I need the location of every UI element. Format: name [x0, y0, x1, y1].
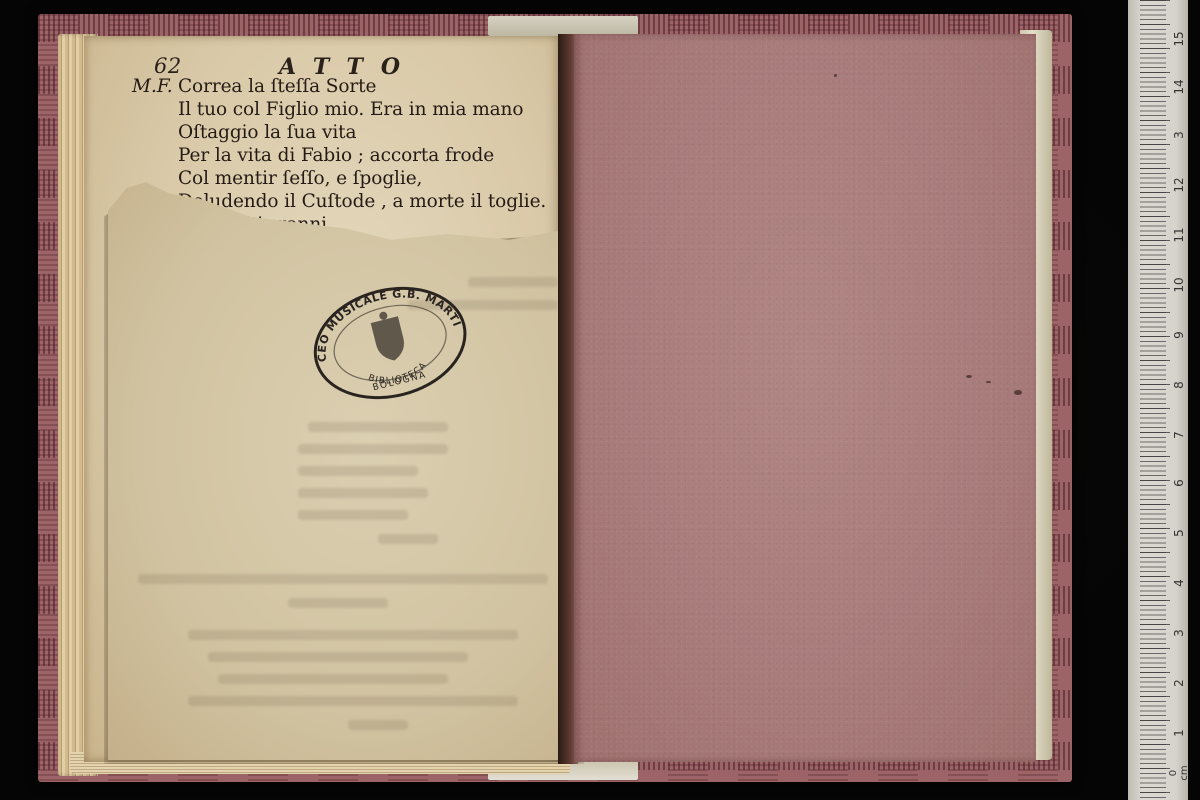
ruler-label: 15: [1172, 28, 1186, 50]
paper-texture: [574, 34, 1036, 762]
speaker-label: M.F.: [132, 76, 173, 97]
page-number: 62: [154, 54, 182, 78]
scale-ruler: 0 cm 1 2 3 4 5 6 7 8 9 10 11 12 3 14 15: [1128, 0, 1188, 800]
pink-endpaper: [574, 34, 1036, 762]
ink-spot: [1014, 390, 1022, 395]
ruler-label: 11: [1172, 224, 1186, 246]
ruler-label: 3: [1172, 622, 1186, 644]
ruler-label: 14: [1172, 76, 1186, 98]
ruler-label: 1: [1172, 722, 1186, 744]
verse-line: Correa la ſteſſa Sorte: [178, 76, 376, 99]
verse-line: Col mentir ſeſſo, e ſpoglie,: [178, 168, 422, 191]
ruler-label: 3: [1172, 124, 1186, 146]
ruler-label: 10: [1172, 274, 1186, 296]
ruler-label: 9: [1172, 324, 1186, 346]
ruler-label: 6: [1172, 472, 1186, 494]
show-through-text: [108, 182, 580, 760]
spine-tape-top: [488, 16, 638, 36]
ink-spot: [834, 74, 837, 77]
ruler-major-ticks: [1140, 0, 1170, 800]
verse-line: Deludendo il Cuſtode , a morte il toglie…: [178, 191, 546, 214]
ruler-label: 0 cm: [1168, 762, 1190, 784]
ink-spot: [966, 375, 972, 378]
verse-line: Per la vita di Fabio ; accorta frode: [178, 145, 494, 168]
coat-of-arms-icon: [369, 309, 408, 364]
ruler-label: 7: [1172, 424, 1186, 446]
ink-spot: [986, 381, 991, 383]
ruler-label: 2: [1172, 672, 1186, 694]
ruler-label: 12: [1172, 174, 1186, 196]
verse-line: Il tuo col Figlio mio. Era in mia mano: [178, 99, 523, 122]
verse-line: Oſtaggio la ſua vita: [178, 122, 356, 145]
ruler-label: 5: [1172, 522, 1186, 544]
ruler-label: 8: [1172, 374, 1186, 396]
folded-torn-leaf: [108, 182, 580, 760]
ruler-label: 4: [1172, 572, 1186, 594]
